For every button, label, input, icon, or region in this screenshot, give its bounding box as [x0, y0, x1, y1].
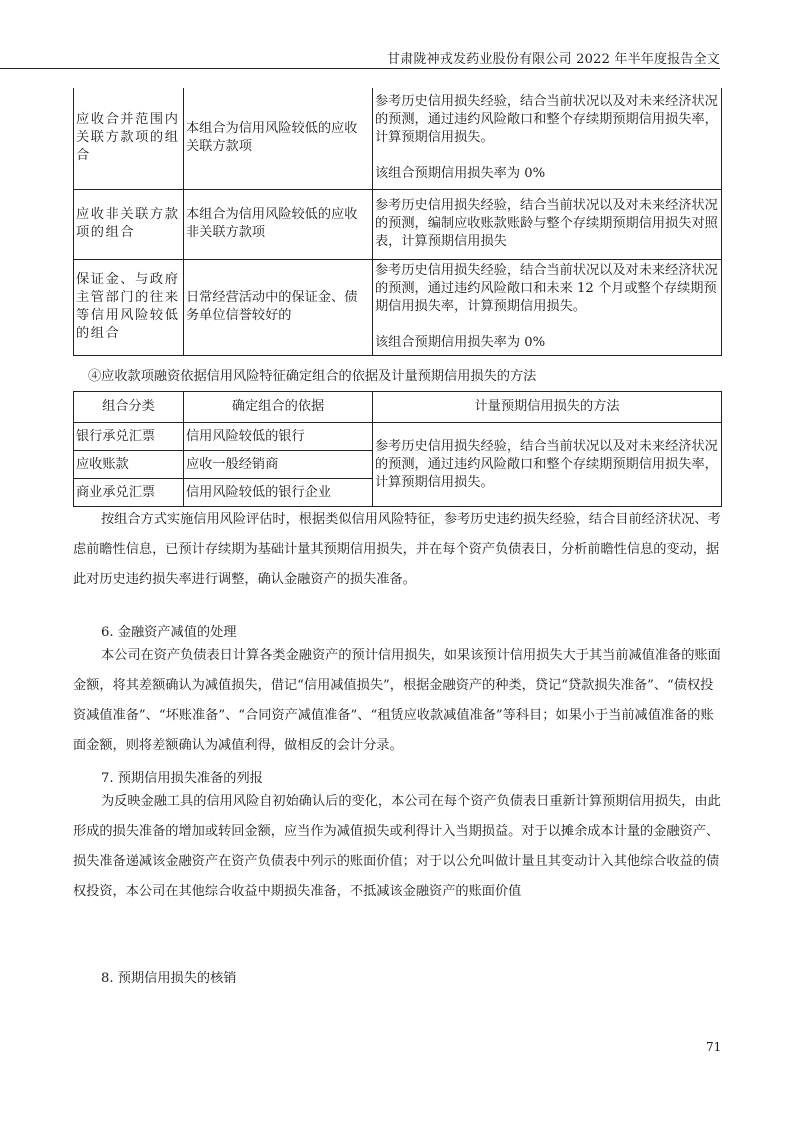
- method-cell: 参考历史信用损失经验，结合当前状况以及对未来经济状况的预测，编制应收账款账龄与整…: [373, 189, 722, 259]
- table-row: 应收合并范围内关联方款项的组合 本组合为信用风险较低的应收关联方款项 参考历史信…: [74, 88, 722, 189]
- column-header: 确定组合的依据: [184, 392, 373, 423]
- basis-cell: 信用风险较低的银行企业: [184, 479, 373, 507]
- column-header: 计量预期信用损失的方法: [373, 392, 722, 423]
- method-text: 参考历史信用损失经验，结合当前状况以及对未来经济状况的预测，通过违约风险敞口和未…: [375, 263, 718, 314]
- basis-cell: 本组合为信用风险较低的应收非关联方款项: [184, 189, 373, 259]
- table-row: 银行承兑汇票 信用风险较低的银行 参考历史信用损失经验，结合当前状况以及对未来经…: [74, 423, 722, 451]
- receivables-financing-table: 组合分类 确定组合的依据 计量预期信用损失的方法 银行承兑汇票 信用风险较低的银…: [73, 391, 722, 507]
- paragraph-assessment: 按组合方式实施信用风险评估时，根据类似信用风险特征，参考历史违约损失经验，结合目…: [73, 505, 721, 595]
- table-row: 应收非关联方款项的组合 本组合为信用风险较低的应收非关联方款项 参考历史信用损失…: [74, 189, 722, 259]
- heading-6: 6. 金融资产减值的处理: [101, 621, 236, 640]
- heading-7: 7. 预期信用损失准备的列报: [101, 767, 263, 786]
- basis-cell: 本组合为信用风险较低的应收关联方款项: [184, 88, 373, 189]
- basis-cell: 信用风险较低的银行: [184, 423, 373, 451]
- category-cell: 商业承兑汇票: [74, 479, 184, 507]
- paragraph-impairment: 本公司在资产负债表日计算各类金融资产的预计信用损失，如果该预计信用损失大于其当前…: [73, 641, 721, 761]
- paragraph-presentation: 为反映金融工具的信用风险自初始确认后的变化，本公司在每个资产负债表日重新计算预期…: [73, 787, 721, 907]
- category-cell: 银行承兑汇票: [74, 423, 184, 451]
- combination-table-continued: 应收合并范围内关联方款项的组合 本组合为信用风险较低的应收关联方款项 参考历史信…: [73, 88, 722, 356]
- page-number: 71: [706, 1040, 721, 1054]
- category-cell: 应收合并范围内关联方款项的组合: [74, 88, 184, 189]
- method-text: 参考历史信用损失经验，结合当前状况以及对未来经济状况的预测，通过违约风险敞口和整…: [375, 94, 718, 145]
- column-header: 组合分类: [74, 392, 184, 423]
- loss-rate-note: 该组合预期信用损失率为 0%: [375, 166, 545, 181]
- method-cell: 参考历史信用损失经验，结合当前状况以及对未来经济状况的预测，通过违约风险敞口和未…: [373, 259, 722, 355]
- shared-method-cell: 参考历史信用损失经验，结合当前状况以及对未来经济状况的预测，通过违约风险敞口和整…: [373, 423, 722, 507]
- basis-cell: 应收一般经销商: [184, 451, 373, 479]
- heading-8: 8. 预期信用损失的核销: [101, 967, 236, 986]
- category-cell: 应收非关联方款项的组合: [74, 189, 184, 259]
- category-cell: 应收账款: [74, 451, 184, 479]
- section-caption: ④应收款项融资依据信用风险特征确定组合的依据及计量预期信用损失的方法: [88, 365, 536, 384]
- page-header: 甘肃陇神戎发药业股份有限公司 2022 年半年度报告全文: [0, 44, 720, 69]
- basis-cell: 日常经营活动中的保证金、债务单位信誉较好的: [184, 259, 373, 355]
- table-row: 保证金、与政府主管部门的往来等信用风险较低的组合 日常经营活动中的保证金、债务单…: [74, 259, 722, 355]
- method-cell: 参考历史信用损失经验，结合当前状况以及对未来经济状况的预测，通过违约风险敞口和整…: [373, 88, 722, 189]
- loss-rate-note: 该组合预期信用损失率为 0%: [375, 335, 545, 350]
- report-title: 甘肃陇神戎发药业股份有限公司 2022 年半年度报告全文: [387, 48, 720, 67]
- table-header-row: 组合分类 确定组合的依据 计量预期信用损失的方法: [74, 392, 722, 423]
- category-cell: 保证金、与政府主管部门的往来等信用风险较低的组合: [74, 259, 184, 355]
